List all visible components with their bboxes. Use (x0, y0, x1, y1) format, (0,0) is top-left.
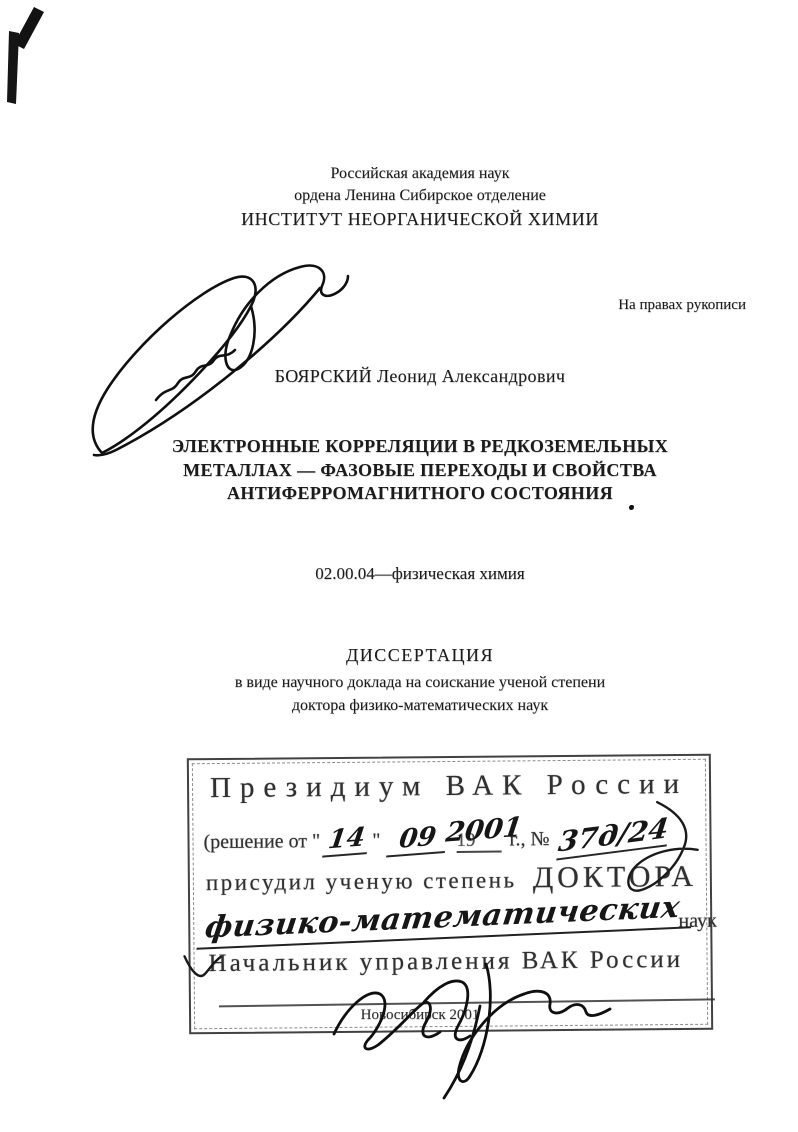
dissertation-subline-2: доктора физико-математических наук (42, 697, 798, 715)
specialty-code: 02.00.04—физическая химия (42, 564, 798, 584)
stamp-decision-line: (решение от " 14 " 09 19 2001 г., № 37д/… (203, 818, 667, 857)
year-field: 19 2001 (456, 829, 501, 852)
handwritten-day: 14 (322, 822, 371, 857)
official-signature (318, 956, 638, 1086)
dissertation-subline-1: в виде научного доклада на соискание уче… (42, 674, 798, 692)
header-line-institute: ИНСТИТУТ НЕОРГАНИЧЕСКОЙ ХИМИИ (42, 208, 798, 230)
title-line-2: МЕТАЛЛАХ — ФАЗОВЫЕ ПЕРЕХОДЫ И СВОЙСТВА (42, 459, 798, 483)
handwritten-field: физико-математических (196, 889, 696, 950)
degree-word: ДОКТОРА (533, 860, 698, 894)
handwritten-number: 37д/24 (556, 812, 670, 861)
decision-prefix: (решение от (203, 830, 307, 854)
dissertation-word: ДИССЕРТАЦИЯ (42, 645, 798, 666)
header-line-branch: ордена Ленина Сибирское отделение (42, 185, 798, 207)
handwritten-year: 2001 (444, 812, 524, 849)
stamp-field-line: физико-математических наук (200, 898, 717, 942)
handwritten-signature-top (72, 248, 362, 458)
scan-artifact-marks (0, 0, 60, 115)
handwritten-month: 09 (386, 821, 449, 858)
title-line-3: АНТИФЕРРОМАГНИТНОГО СОСТОЯНИЯ (42, 482, 798, 506)
manuscript-note: На правах рукописи (618, 297, 746, 314)
header-line-academy: Российская академия наук (42, 163, 798, 185)
granted-prefix: присудил ученую степень (206, 867, 517, 895)
quote-open: " (312, 830, 320, 853)
ink-speck (629, 505, 634, 510)
quote-close: " (372, 830, 380, 853)
stamp-title: Президиум ВАК России (189, 768, 709, 806)
header-institution: Российская академия наук ордена Ленина С… (42, 163, 798, 230)
dissertation-title-page: Российская академия наук ордена Ленина С… (0, 0, 798, 1132)
